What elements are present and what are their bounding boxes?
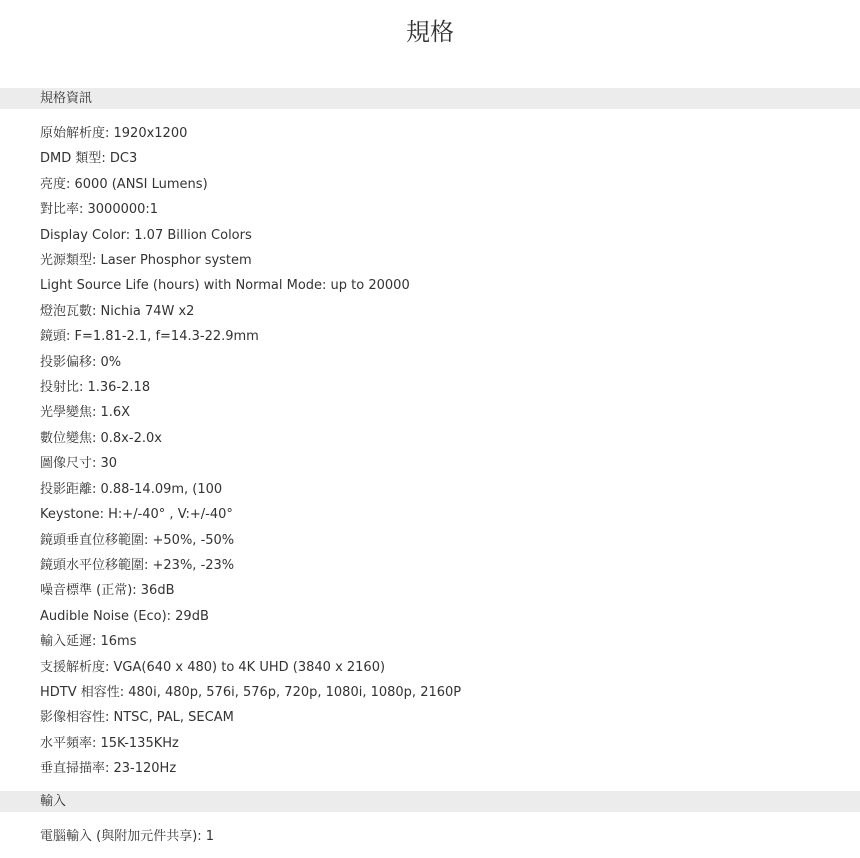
spec-row: 水平頻率: 15K-135KHz [40,731,820,756]
spec-row: 投射比: 1.36-2.18 [40,375,820,400]
spec-row: 電腦輸入 (與附加元件共享): 1 [40,824,820,849]
spec-row: 光學變焦: 1.6X [40,400,820,425]
spec-row: Audible Noise (Eco): 29dB [40,604,820,629]
spec-row: HDTV 相容性: 480i, 480p, 576i, 576p, 720p, … [40,680,820,705]
spec-row: 圖像尺寸: 30 [40,451,820,476]
spec-page: 規格 規格資訊 原始解析度: 1920x1200DMD 類型: DC3亮度: 6… [0,0,860,858]
spec-row: 對比率: 3000000:1 [40,197,820,222]
section-header-input: 輸入 [0,791,860,812]
spec-row: Light Source Life (hours) with Normal Mo… [40,273,820,298]
section-body-input: 電腦輸入 (與附加元件共享): 1 [0,812,860,858]
spec-row: 燈泡瓦數: Nichia 74W x2 [40,299,820,324]
spec-row: 光源類型: Laser Phosphor system [40,248,820,273]
spec-row: 噪音標準 (正常): 36dB [40,578,820,603]
spec-row: 鏡頭水平位移範圍: +23%, -23% [40,553,820,578]
page-title: 規格 [0,14,860,50]
spec-row: Keystone: H:+/-40° , V:+/-40° [40,502,820,527]
section-header-spec-info: 規格資訊 [0,88,860,109]
spec-row: Display Color: 1.07 Billion Colors [40,223,820,248]
spec-row: DMD 類型: DC3 [40,146,820,171]
section-body-spec-info: 原始解析度: 1920x1200DMD 類型: DC3亮度: 6000 (ANS… [0,109,860,791]
spec-row: 輸入延遲: 16ms [40,629,820,654]
spec-row: 亮度: 6000 (ANSI Lumens) [40,172,820,197]
spec-row: 支援解析度: VGA(640 x 480) to 4K UHD (3840 x … [40,655,820,680]
section-spec-info: 規格資訊 原始解析度: 1920x1200DMD 類型: DC3亮度: 6000… [0,88,860,791]
spec-row: 鏡頭垂直位移範圍: +50%, -50% [40,528,820,553]
spec-row: 數位變焦: 0.8x-2.0x [40,426,820,451]
spec-row: 垂直掃描率: 23-120Hz [40,756,820,781]
spec-row: 原始解析度: 1920x1200 [40,121,820,146]
spec-row: 投影距離: 0.88-14.09m, (100 [40,477,820,502]
spec-row: 投影偏移: 0% [40,350,820,375]
spec-row: 鏡頭: F=1.81-2.1, f=14.3-22.9mm [40,324,820,349]
spec-row: 影像相容性: NTSC, PAL, SECAM [40,705,820,730]
